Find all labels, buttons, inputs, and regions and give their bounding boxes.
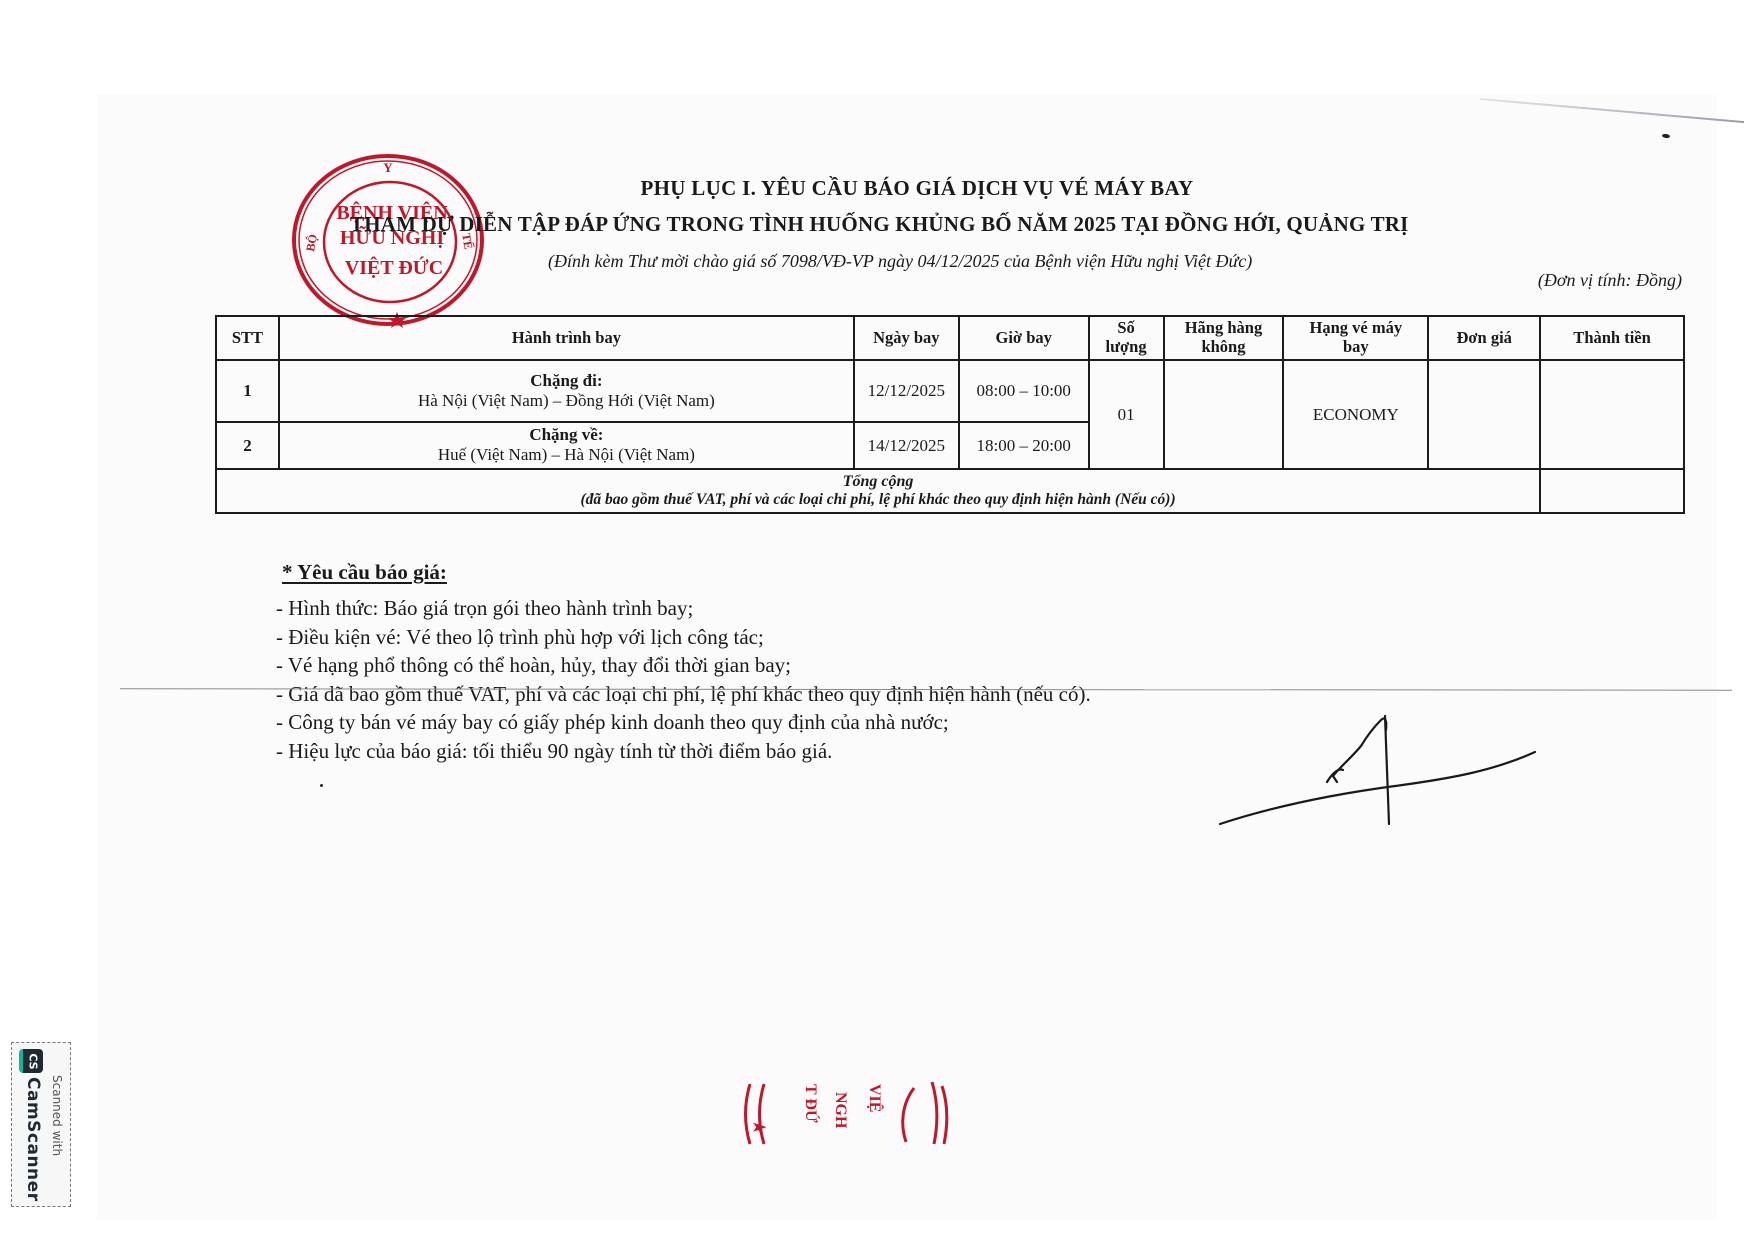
route-text: Hà Nội (Việt Nam) – Đồng Hới (Việt Nam)	[418, 391, 715, 410]
list-item: - Vé hạng phổ thông có thể hoàn, hủy, th…	[276, 651, 1091, 680]
list-item: - Hiệu lực của báo giá: tối thiểu 90 ngà…	[276, 737, 1091, 766]
total-label: Tổng cộng	[221, 473, 1535, 491]
list-item: - Điều kiện vé: Vé theo lộ trình phù hợp…	[276, 623, 1091, 652]
stamp-fragment-icon: ★ T ĐỨ NGH VIỆ	[742, 1080, 952, 1146]
row-stt: 2	[216, 422, 279, 469]
header-quantity-line-1: Số	[1117, 318, 1134, 337]
ticket-class-cell: ECONOMY	[1283, 360, 1428, 469]
total-label-cell: Tổng cộng (đã bao gồm thuế VAT, phí và c…	[216, 469, 1540, 513]
row-date: 12/12/2025	[854, 360, 959, 422]
header-time: Giờ bay	[959, 316, 1089, 360]
requirements-list: - Hình thức: Báo giá trọn gói theo hành …	[276, 594, 1091, 766]
unit-price-cell	[1428, 360, 1540, 469]
airline-cell	[1164, 360, 1284, 469]
list-item: - Công ty bán vé máy bay có giấy phép ki…	[276, 708, 1091, 737]
camscanner-logo-icon: CS	[19, 1049, 43, 1073]
leg-label: Chặng về:	[284, 425, 849, 445]
header-unit-price: Đơn giá	[1428, 316, 1540, 360]
header-class-line-2: bay	[1343, 337, 1369, 356]
row-time: 08:00 – 10:00	[959, 360, 1089, 422]
list-item: - Hình thức: Báo giá trọn gói theo hành …	[276, 594, 1091, 623]
row-date: 14/12/2025	[854, 422, 959, 469]
amount-cell	[1540, 360, 1684, 469]
header-amount: Thành tiền	[1540, 316, 1684, 360]
stamp-fragment-line-1: T ĐỨ	[802, 1084, 821, 1123]
document-title-line-2: THAM DỰ DIỄN TẬP ĐÁP ỨNG TRONG TÌNH HUỐN…	[350, 212, 1409, 237]
row-route: Chặng đi: Hà Nội (Việt Nam) – Đồng Hới (…	[279, 360, 854, 422]
total-note: (đã bao gồm thuế VAT, phí và các loại ch…	[221, 491, 1535, 509]
header-date: Ngày bay	[854, 316, 959, 360]
watermark-brand: CamScanner	[23, 1077, 43, 1202]
list-item: - Giá đã bao gồm thuế VAT, phí và các lo…	[276, 680, 1091, 709]
currency-unit-note: (Đơn vị tính: Đồng)	[1538, 270, 1682, 291]
stamp-ring-top: Y	[383, 160, 393, 175]
quantity-cell: 01	[1089, 360, 1164, 469]
requirements-heading: * Yêu cầu báo giá:	[282, 560, 447, 585]
header-stt: STT	[216, 316, 279, 360]
camscanner-watermark: CS Scanned with CamScanner	[11, 1042, 71, 1207]
header-route: Hành trình bay	[279, 316, 854, 360]
leg-label: Chặng đi:	[284, 371, 849, 391]
signature-icon	[1215, 710, 1545, 830]
watermark-caption: Scanned with	[50, 1075, 64, 1156]
header-airline: Hãng hàng không	[1164, 316, 1284, 360]
document-title: PHỤ LỤC I. YÊU CẦU BÁO GIÁ DỊCH VỤ VÉ MÁ…	[0, 176, 1744, 201]
document-reference: (Đính kèm Thư mời chào giá số 7098/VĐ-VP…	[548, 251, 1252, 272]
flight-quote-table: STT Hành trình bay Ngày bay Giờ bay Số l…	[215, 315, 1685, 514]
header-airline-line-2: không	[1201, 337, 1245, 356]
header-quantity: Số lượng	[1089, 316, 1164, 360]
scan-speck	[320, 784, 323, 787]
header-airline-line-1: Hãng hàng	[1185, 318, 1263, 337]
table-header-row: STT Hành trình bay Ngày bay Giờ bay Số l…	[216, 316, 1684, 360]
header-quantity-line-2: lượng	[1106, 337, 1147, 356]
route-text: Huế (Việt Nam) – Hà Nội (Việt Nam)	[438, 445, 695, 464]
stamp-fragment-line-2: NGH	[832, 1092, 849, 1129]
table-row: 1 Chặng đi: Hà Nội (Việt Nam) – Đồng Hới…	[216, 360, 1684, 422]
table-total-row: Tổng cộng (đã bao gồm thuế VAT, phí và c…	[216, 469, 1684, 513]
stamp-fragment-line-3: VIỆ	[866, 1084, 884, 1112]
stamp-ring-left: BỘ	[303, 233, 320, 253]
total-value-cell	[1540, 469, 1684, 513]
row-route: Chặng về: Huế (Việt Nam) – Hà Nội (Việt …	[279, 422, 854, 469]
stamp-line-3: VIỆT ĐỨC	[345, 255, 443, 279]
row-time: 18:00 – 20:00	[959, 422, 1089, 469]
row-stt: 1	[216, 360, 279, 422]
header-class-line-1: Hạng vé máy	[1310, 318, 1403, 337]
header-ticket-class: Hạng vé máy bay	[1283, 316, 1428, 360]
svg-text:★: ★	[750, 1120, 767, 1135]
